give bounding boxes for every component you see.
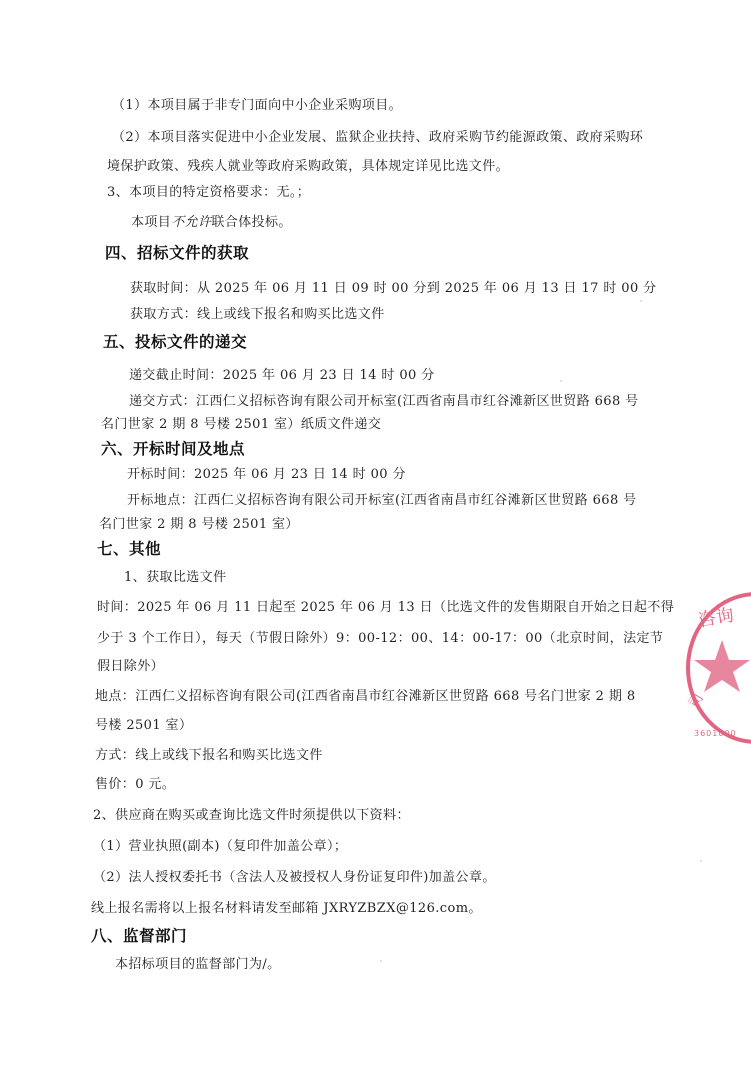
other-time-line-1: 时间：2025 年 06 月 11 日起至 2025 年 06 月 13 日（比… xyxy=(97,600,674,616)
red-seal-stamp: 咨询 3601000 司 xyxy=(684,588,751,748)
paragraph-qualification: 3、本项目的特定资格要求：无。； xyxy=(107,185,310,201)
other-location-line-2: 号楼 2501 室） xyxy=(95,718,192,734)
paragraph-consortium: 本项目不允许联合体投标。 xyxy=(131,215,292,231)
required-doc-1: （1）营业执照(副本)（复印件加盖公章）； xyxy=(93,839,347,855)
opening-time: 开标时间：2025 年 06 月 23 日 14 时 00 分 xyxy=(127,467,406,483)
submission-method-line-1: 递交方式：江西仁义招标咨询有限公司开标室(江西省南昌市红谷滩新区世贸路 668 … xyxy=(129,394,639,410)
seal-code: 3601000 xyxy=(694,729,737,738)
scan-speck xyxy=(380,960,382,962)
acquisition-time: 获取时间：从 2025 年 06 月 11 日 09 时 00 分到 2025 … xyxy=(130,281,657,297)
other-item-1-title: 1、获取比选文件 xyxy=(124,570,226,586)
acquisition-method: 获取方式：线上或线下报名和购买比选文件 xyxy=(130,307,385,323)
scan-speck xyxy=(560,380,562,382)
paragraph-small-business: （1）本项目属于非专门面向中小企业采购项目。 xyxy=(112,98,402,114)
section-heading-opening: 六、开标时间及地点 xyxy=(101,440,245,458)
section-heading-supervision: 八、监督部门 xyxy=(91,927,187,945)
required-doc-2: （2）法人授权委托书（含法人及被授权人身份证复印件)加盖公章。 xyxy=(93,870,496,886)
svg-text:司: 司 xyxy=(686,691,707,711)
online-email-note: 线上报名需将以上报名材料请发至邮箱 JXRYZBZX@126.com。 xyxy=(91,901,482,917)
opening-location-line-2: 名门世家 2 期 8 号楼 2501 室） xyxy=(99,517,299,533)
consortium-not-allowed: 不允许 xyxy=(171,215,211,230)
other-time-line-3: 假日除外） xyxy=(97,659,164,675)
section-heading-submission: 五、投标文件的递交 xyxy=(103,333,247,351)
opening-location-line-1: 开标地点：江西仁义招标咨询有限公司开标室(江西省南昌市红谷滩新区世贸路 668 … xyxy=(127,493,637,509)
other-location-line-1: 地点：江西仁义招标咨询有限公司(江西省南昌市红谷滩新区世贸路 668 号名门世家… xyxy=(95,689,636,705)
section-heading-other: 七、其他 xyxy=(97,540,161,558)
consortium-prefix: 本项目 xyxy=(131,215,171,230)
seal-text: 咨询 xyxy=(697,605,736,632)
consortium-suffix: 联合体投标。 xyxy=(211,215,291,230)
other-method: 方式：线上或线下报名和购买比选文件 xyxy=(95,748,323,764)
document-page: （1）本项目属于非专门面向中小企业采购项目。 （2）本项目落实促进中小企业发展、… xyxy=(0,0,751,1074)
scan-speck xyxy=(700,860,702,862)
supervision-department: 本招标项目的监督部门为/。 xyxy=(115,957,281,973)
other-item-2-title: 2、供应商在购买或查询比选文件时须提供以下资料： xyxy=(93,808,410,824)
other-price: 售价：0 元。 xyxy=(95,777,175,793)
paragraph-policy-line-2: 境保护政策、残疾人就业等政府采购政策，具体规定详见比选文件。 xyxy=(107,159,509,175)
scan-speck xyxy=(640,300,642,302)
submission-deadline: 递交截止时间：2025 年 06 月 23 日 14 时 00 分 xyxy=(129,368,435,384)
other-time-line-2: 少于 3 个工作日），每天（节假日除外）9：00-12：00、14：00-17：… xyxy=(97,631,663,647)
submission-method-line-2: 名门世家 2 期 8 号楼 2501 室）纸质文件递交 xyxy=(101,417,381,433)
section-heading-acquisition: 四、招标文件的获取 xyxy=(105,244,249,262)
paragraph-policy-line-1: （2）本项目落实促进中小企业发展、监狱企业扶持、政府采购节约能源政策、政府采购环 xyxy=(112,130,643,146)
